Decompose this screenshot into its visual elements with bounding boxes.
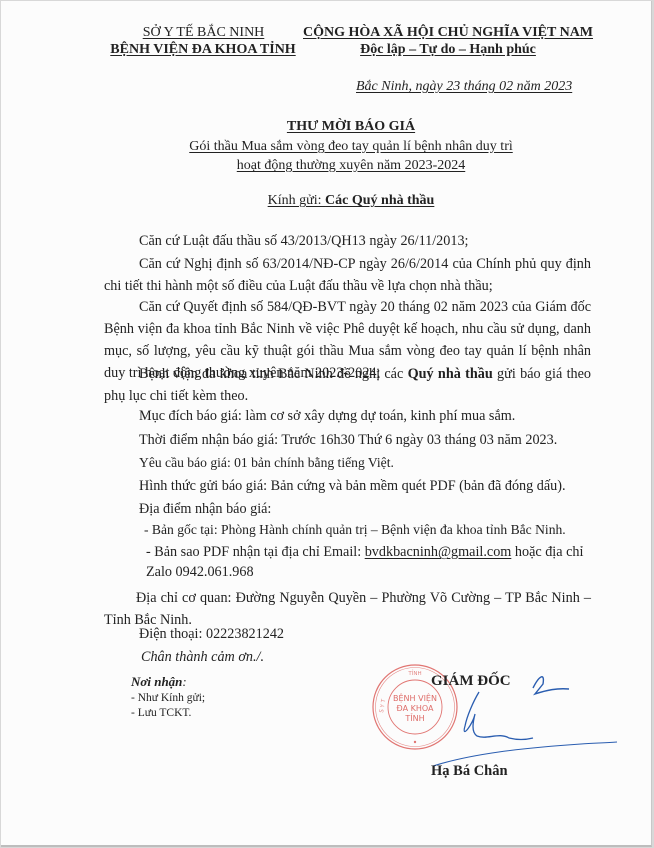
quote-deadline: Thời điểm nhận báo giá: Trước 16h30 Thứ … [139,432,557,449]
closing-thanks: Chân thành cảm ơn./. [141,649,264,666]
recipient-item: - Như Kính gửi; [131,692,205,704]
location-copy: - Bản sao PDF nhận tại địa chỉ Email: bv… [146,544,583,561]
quote-format: Hình thức gửi báo giá: Bản cứng và bản m… [139,478,566,495]
recipients-heading: Nơi nhận: [131,674,187,690]
recipient-name: Các Quý nhà thầu [325,193,434,208]
location-label: Địa điểm nhận báo giá: [139,501,271,518]
request-paragraph: Bệnh viện đa khoa tỉnh Bắc Ninh đề nghị … [104,363,591,407]
quote-requirement: Yêu cầu báo giá: 01 bản chính bằng tiếng… [139,455,394,471]
svg-text:TỈNH: TỈNH [407,669,421,677]
location-original: - Bản gốc tại: Phòng Hành chính quản trị… [144,522,566,538]
recipient: Kính gửi: Các Quý nhà thầu [101,193,601,209]
document-page: SỞ Y TẾ BẮC NINH BỆNH VIỆN ĐA KHOA TỈNH … [1,1,652,847]
hospital-name: BỆNH VIỆN ĐA KHOA TỈNH [103,42,303,58]
svg-text:S Y T: S Y T [379,698,387,713]
bidders-emphasis: Quý nhà thầu [408,366,493,382]
recipient-label: Kính gửi: [268,193,325,208]
basis-decree: Căn cứ Nghị định số 63/2014/NĐ-CP ngày 2… [104,253,591,297]
email-link[interactable]: bvdkbacninh@gmail.com [365,544,512,560]
national-motto: Độc lập – Tự do – Hạnh phúc [303,42,593,58]
document-title: THƯ MỜI BÁO GIÁ [101,119,601,135]
date-line: Bắc Ninh, ngày 23 tháng 02 năm 2023 [356,79,572,95]
phone-number: Điện thoại: 02223821242 [139,626,284,643]
recipient-item: - Lưu TCKT. [131,707,191,719]
subtitle-line-2: hoạt động thường xuyên năm 2023-2024 [101,158,601,174]
signer-name: Hạ Bá Chân [431,763,508,780]
basis-law: Căn cứ Luật đấu thầu số 43/2013/QH13 ngà… [139,233,469,250]
subtitle-line-1: Gói thầu Mua sắm vòng đeo tay quản lí bệ… [101,139,601,155]
zalo-contact: Zalo 0942.061.968 [146,564,254,581]
national-title: CỘNG HÒA XÃ HỘI CHỦ NGHĨA VIỆT NAM [303,25,593,41]
office-address: Địa chỉ cơ quan: Đường Nguyễn Quyền – Ph… [104,587,591,631]
quote-purpose: Mục đích báo giá: làm cơ sở xây dựng dự … [139,408,515,425]
department-name: SỞ Y TẾ BẮC NINH [121,25,286,41]
